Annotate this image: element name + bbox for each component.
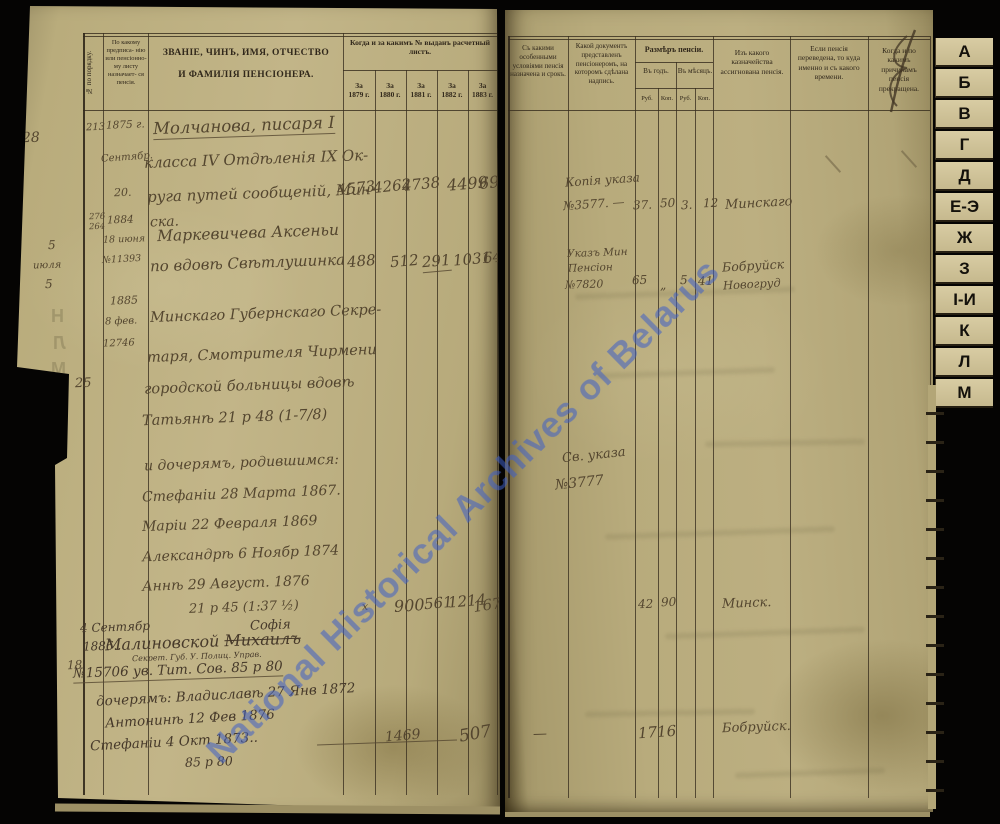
sheet-value: 512: [389, 251, 419, 271]
col-header-year-1882: За 1882 г.: [437, 72, 467, 108]
entry-text: и дочерямъ, родившимся:: [144, 452, 339, 475]
col-header-conditions: Съ какими особенными условіями пенсія на…: [510, 44, 566, 79]
col-header-name-2: И ФАМИЛІЯ ПЕНСІОНЕРА.: [150, 70, 342, 82]
col-header-order: № по порядку.: [85, 37, 102, 109]
entry-date: 20.: [114, 186, 132, 200]
pension-year-rub: 42: [638, 597, 654, 612]
page-edge: [55, 803, 500, 814]
entry-text: 21 р 45 (1:37 ½): [189, 598, 299, 617]
year-word: За: [448, 81, 456, 90]
showthrough-mark: [705, 439, 865, 448]
margin-note: 25: [75, 376, 92, 392]
col-header-year-1879: За 1879 г.: [344, 72, 374, 108]
entry-text: Маріи 22 Февраля 1869: [142, 513, 318, 535]
pension-month-rub: 3.: [681, 198, 693, 212]
col-header-document: Какой документъ представленъ пенсіонером…: [570, 42, 633, 86]
entry-date: 1885: [110, 294, 138, 308]
tab-edge-tick: [926, 789, 944, 792]
grid-line: [676, 62, 677, 798]
conditions-dash: —: [533, 726, 548, 742]
col-header-prescription: По какому предписа- нію или пенсіонно- м…: [105, 39, 147, 87]
document-text: №3777: [554, 472, 604, 493]
entry-date: №11393: [102, 253, 142, 266]
pension-year-kop: 90: [661, 595, 677, 610]
margin-note: июля: [33, 260, 62, 272]
alpha-tab-v: В: [935, 100, 993, 129]
col-header-size-group: Размѣръ пенсіи.: [636, 45, 712, 55]
alpha-tab-i: І-И: [935, 286, 993, 315]
alpha-tab-k: К: [935, 317, 993, 346]
pension-year-rub: 37.: [633, 198, 653, 213]
treasury-text: Бобруйск: [722, 256, 785, 274]
col-header-per-month: Въ мѣсяцъ.: [677, 67, 713, 76]
year-value: 1880 г.: [380, 90, 401, 99]
tab-edge-tick: [926, 528, 944, 531]
sheet-value: 507: [458, 721, 493, 746]
showthrough-letter: М: [51, 359, 66, 380]
alpha-tab-zh: Ж: [935, 224, 993, 253]
col-header-per-year: Въ годъ.: [636, 67, 676, 76]
entry-text: класса IV Отдѣленія IX Ок-: [144, 146, 369, 172]
tab-edge-tick: [926, 615, 944, 618]
entry-date: 1875 г.: [106, 118, 145, 131]
grid-line: [83, 33, 497, 34]
alpha-tab-g: Г: [935, 131, 993, 160]
entry-text: Татьянѣ 21 р 48 (1-7/8): [142, 407, 328, 429]
grid-line: [658, 88, 659, 798]
margin-note: 5: [45, 277, 53, 291]
grid-line: [868, 36, 869, 798]
sheet-value: 291: [421, 251, 451, 273]
treasury-text: Минск.: [722, 595, 772, 612]
grid-line: [508, 39, 930, 40]
pen-mark: [901, 150, 917, 168]
entry-date: 12746: [103, 337, 135, 349]
pension-amount: 1716: [637, 722, 676, 743]
sheet-value: 4738: [401, 173, 441, 195]
grid-line: [713, 36, 714, 798]
tab-edge-tick: [926, 441, 944, 444]
tab-edge-tick: [926, 760, 944, 763]
entry-date: 1884: [107, 214, 134, 227]
pension-month-kop: 12: [703, 196, 719, 211]
grid-line: [83, 36, 497, 37]
col-header-sheet-group: Когда и за какимъ № выданъ расчетный лис…: [345, 38, 495, 57]
year-word: За: [386, 81, 394, 90]
document-text: №3577. —: [563, 195, 625, 213]
entry-text: городской больницы вдовѣ: [144, 374, 355, 397]
tab-edge-tick: [926, 586, 944, 589]
grid-line: [497, 33, 498, 795]
col-header-name-1: ЗВАНІЕ, ЧИНЪ, ИМЯ, ОТЧЕСТВО: [150, 48, 342, 60]
entry-text: Молчанова, писаря I: [153, 113, 335, 140]
entry-text: дочерямъ: Владиславѣ 27 Янв 1872: [96, 680, 356, 710]
showthrough-mark: [605, 526, 835, 540]
document-text: Указъ Мин: [567, 246, 628, 260]
col-header-transfer: Если пенсія переведена, то куда именно и…: [794, 44, 864, 82]
entry-date: 8 фев.: [105, 315, 138, 327]
archival-scan: № по порядку. По какому предписа- нію ил…: [0, 0, 1000, 824]
col-header-kop: Коп.: [658, 95, 676, 103]
pension-year-rub: 65: [632, 273, 648, 288]
document-text: Копія указа: [565, 170, 641, 189]
alpha-tab-l: Л: [935, 348, 993, 377]
grid-line: [508, 36, 510, 798]
col-header-rub: Руб.: [636, 95, 658, 103]
entry-date: 4 Сентябр: [80, 619, 150, 635]
col-header-kop: Коп.: [695, 95, 713, 103]
tab-edge-tick: [926, 412, 944, 415]
alpha-tab-a: А: [935, 38, 993, 67]
showthrough-letter: Н: [51, 306, 64, 327]
document-text: Св. указа: [561, 445, 626, 467]
year-word: За: [417, 81, 425, 90]
entry-text: Александрѣ 6 Ноябр 1874: [142, 543, 340, 566]
margin-note: 28: [22, 130, 40, 147]
entry-date: 18 июня: [103, 233, 145, 245]
grid-line: [635, 36, 636, 798]
col-header-rub: Руб.: [676, 95, 695, 103]
margin-note: 5: [48, 238, 56, 252]
year-word: За: [479, 81, 487, 90]
col-header-treasury: Изъ какого казначейства ассигнована пенс…: [717, 48, 787, 76]
sheet-value: 167: [472, 594, 503, 616]
page-edge-strip: [928, 385, 936, 809]
alpha-tab-e: Е-Э: [935, 193, 993, 222]
entry-text: Аннѣ 29 Август. 1876: [142, 573, 310, 595]
tab-edge-tick: [926, 673, 944, 676]
tab-edge-tick: [926, 557, 944, 560]
grid-line: [790, 36, 791, 798]
entry-text: №15706 ув. Тит. Сов. 85 р 80: [73, 658, 283, 683]
pension-year-kop: 50: [660, 196, 676, 211]
col-header-year-1883: За 1883 г.: [468, 72, 497, 108]
treasury-text: Минскаго: [725, 194, 793, 213]
document-text: №7820: [565, 277, 604, 291]
grid-line: [635, 88, 713, 89]
alpha-tab-z: З: [935, 255, 993, 284]
entry-text: Минскаго Губернскаго Секре-: [150, 302, 382, 326]
alpha-tab-b: Б: [935, 69, 993, 98]
grid-line: [83, 110, 497, 111]
year-value: 1882 г.: [442, 90, 463, 99]
entry-number: 213: [86, 122, 105, 134]
year-value: 1879 г.: [349, 90, 370, 99]
entry-text: Стефаніи 28 Марта 1867.: [142, 483, 341, 506]
page-edge: [505, 812, 930, 817]
showthrough-mark: [735, 767, 885, 778]
grid-line: [695, 88, 696, 798]
alpha-tab-strip: А Б В Г Д Е-Э Ж З І-И К Л М: [935, 38, 993, 410]
grid-line: [343, 70, 497, 71]
document-text: Пенсіон: [568, 261, 613, 275]
grid-line: [508, 110, 930, 111]
entry-text: по вдовѣ Свѣтлушинка: [150, 251, 346, 276]
col-header-year-1880: За 1880 г.: [375, 72, 405, 108]
year-value: 1881 г.: [411, 90, 432, 99]
grid-line: [508, 36, 930, 37]
sheet-value: 488: [346, 251, 376, 271]
showthrough-letter: Л: [53, 333, 66, 354]
alpha-tab-d: Д: [935, 162, 993, 191]
alpha-tab-m: М: [935, 379, 993, 408]
entry-text: Маркевичева Аксеньи: [157, 221, 339, 245]
tab-edge-tick: [926, 731, 944, 734]
col-header-year-1881: За 1881 г.: [406, 72, 436, 108]
treasury-text: Бобруйск.: [722, 719, 791, 736]
showthrough-mark: [585, 709, 755, 718]
tab-edge-tick: [926, 702, 944, 705]
treasury-text: Новогруд: [723, 275, 781, 292]
entry-number: 276: [89, 212, 106, 223]
grid-line: [635, 62, 713, 63]
year-value: 1883 г.: [472, 90, 493, 99]
struck-word: Михаилъ: [224, 629, 301, 651]
pen-flourish-icon: [877, 26, 925, 116]
tab-edge-tick: [926, 499, 944, 502]
pen-mark: [825, 155, 841, 173]
entry-number: 264: [89, 222, 106, 233]
tab-edge-tick: [926, 644, 944, 647]
tab-edge-tick: [926, 470, 944, 473]
year-word: За: [355, 81, 363, 90]
